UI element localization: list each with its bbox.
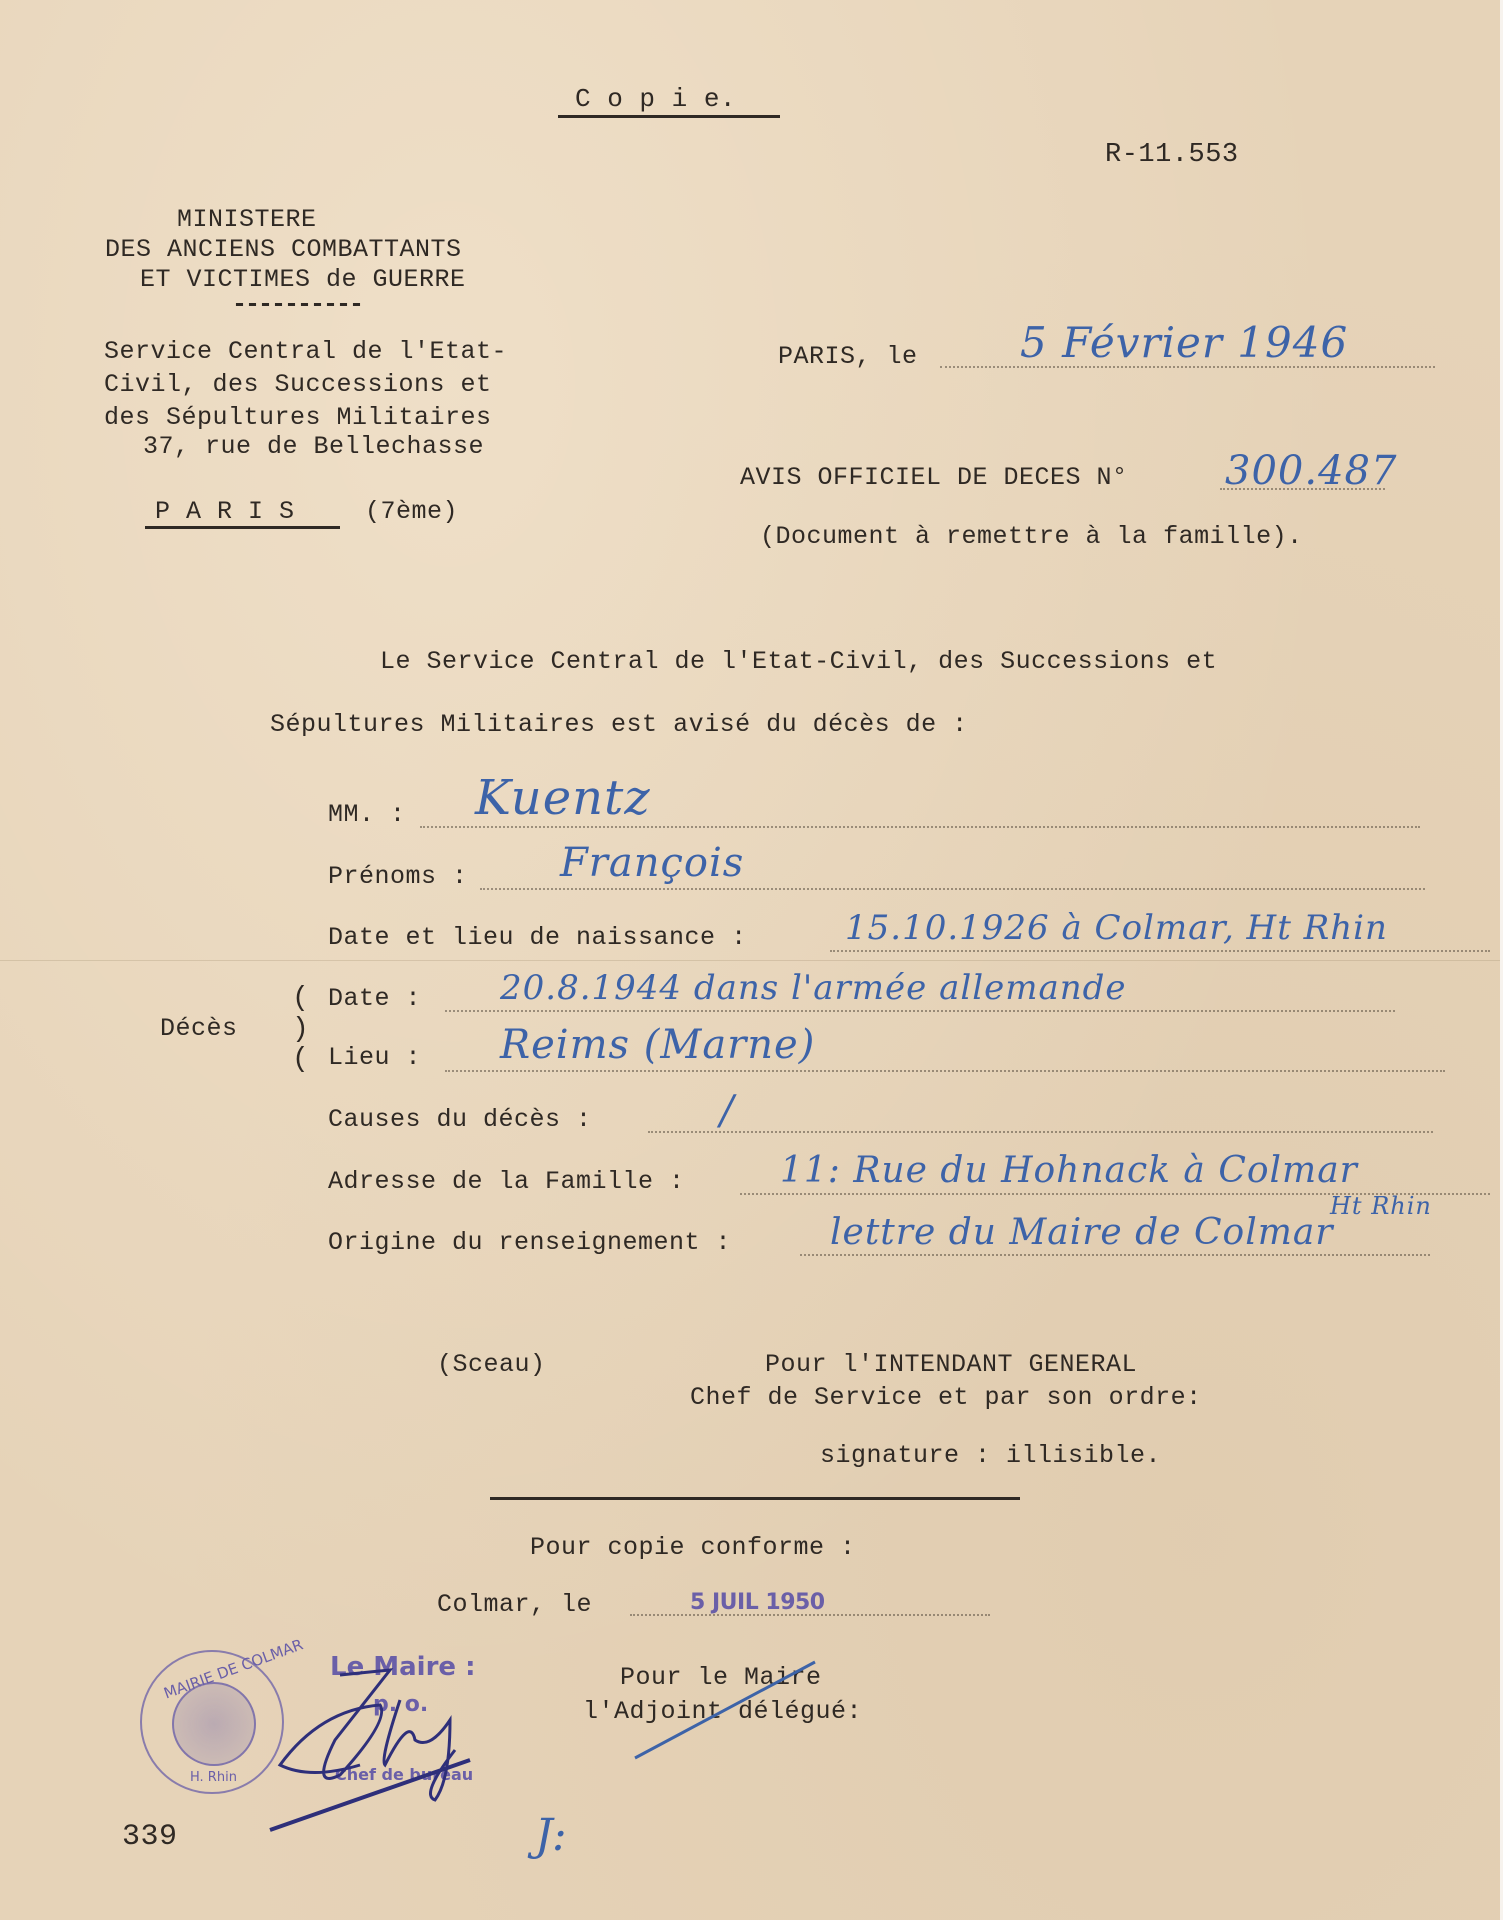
family-address-label: Adresse de la Famille : bbox=[328, 1167, 685, 1196]
causes-label: Causes du décès : bbox=[328, 1105, 592, 1134]
strike-through-mark bbox=[620, 1650, 820, 1770]
certification-title: Pour copie conforme : bbox=[530, 1533, 856, 1562]
copy-underline bbox=[558, 115, 780, 118]
bracket-middle: ) bbox=[292, 1014, 309, 1045]
seal-subtext: H. Rhin bbox=[190, 1770, 237, 1785]
causes-dotted-line bbox=[648, 1131, 1433, 1133]
service-district: (7ème) bbox=[365, 497, 458, 526]
death-date-dotted-line bbox=[445, 1010, 1395, 1012]
family-address-suffix: Ht Rhin bbox=[1330, 1192, 1432, 1220]
surname-label: MM. : bbox=[328, 800, 406, 829]
causes-value: / bbox=[720, 1088, 734, 1134]
ministry-line-1: MINISTERE bbox=[177, 205, 317, 234]
section-divider bbox=[490, 1497, 1020, 1500]
death-place-label: Lieu : bbox=[328, 1043, 421, 1072]
family-address-value: 11: Rue du Hohnack à Colmar bbox=[780, 1150, 1358, 1191]
source-dotted-line bbox=[800, 1254, 1430, 1256]
certification-place-label: Colmar, le bbox=[437, 1590, 592, 1619]
mayor-signature bbox=[250, 1650, 510, 1850]
service-line-2: Civil, des Successions et bbox=[104, 370, 492, 399]
date-value: 5 Février 1946 bbox=[1020, 318, 1348, 367]
birth-dotted-line bbox=[830, 950, 1490, 952]
surname-dotted-line bbox=[420, 826, 1420, 828]
bracket-top: ( bbox=[292, 983, 309, 1014]
date-stamp: 5 JUIL 1950 bbox=[690, 1590, 825, 1615]
service-address: 37, rue de Bellechasse bbox=[143, 432, 484, 461]
for-intendant: Pour l'INTENDANT GENERAL bbox=[765, 1350, 1137, 1379]
notice-subtitle: (Document à remettre à la famille). bbox=[760, 522, 1303, 551]
death-place-value: Reims (Marne) bbox=[500, 1022, 815, 1068]
notice-number: 300.487 bbox=[1225, 448, 1397, 494]
first-names-dotted-line bbox=[480, 888, 1425, 890]
death-date-value: 20.8.1944 dans l'armée allemande bbox=[500, 968, 1127, 1008]
chief-line: Chef de Service et par son ordre: bbox=[690, 1383, 1202, 1412]
death-group-label: Décès bbox=[160, 1014, 238, 1043]
page-number: 339 bbox=[122, 1820, 178, 1854]
service-line-1: Service Central de l'Etat- bbox=[104, 337, 507, 366]
bracket-bottom: ( bbox=[292, 1044, 309, 1075]
first-names-label: Prénoms : bbox=[328, 862, 468, 891]
ministry-line-2: DES ANCIENS COMBATTANTS bbox=[105, 235, 462, 264]
document-page: C o p i e. R-11.553 MINISTERE DES ANCIEN… bbox=[0, 0, 1500, 1920]
death-date-label: Date : bbox=[328, 984, 421, 1013]
notice-title: AVIS OFFICIEL DE DECES N° bbox=[740, 463, 1128, 492]
birth-value: 15.10.1926 à Colmar, Ht Rhin bbox=[845, 908, 1388, 948]
surname-value: Kuentz bbox=[475, 770, 651, 826]
source-label: Origine du renseignement : bbox=[328, 1228, 731, 1257]
death-place-dotted-line bbox=[445, 1070, 1445, 1072]
ministry-separator: ---------- bbox=[232, 290, 362, 319]
intro-line-1: Le Service Central de l'Etat-Civil, des … bbox=[380, 647, 1217, 676]
fold-line bbox=[0, 960, 1500, 961]
source-value: lettre du Maire de Colmar bbox=[830, 1212, 1334, 1253]
copy-label: C o p i e. bbox=[575, 84, 736, 114]
intro-line-2: Sépultures Militaires est avisé du décès… bbox=[270, 710, 968, 739]
service-city: P A R I S bbox=[155, 497, 295, 526]
reference-number: R-11.553 bbox=[1105, 140, 1239, 170]
date-label: PARIS, le bbox=[778, 342, 918, 371]
service-line-3: des Sépultures Militaires bbox=[104, 403, 492, 432]
seal-label: (Sceau) bbox=[437, 1350, 546, 1379]
initial-mark: J: bbox=[535, 1810, 568, 1861]
city-underline bbox=[145, 526, 340, 529]
signature-line: signature : illisible. bbox=[820, 1441, 1161, 1470]
birth-label: Date et lieu de naissance : bbox=[328, 923, 747, 952]
first-names-value: François bbox=[560, 840, 744, 886]
